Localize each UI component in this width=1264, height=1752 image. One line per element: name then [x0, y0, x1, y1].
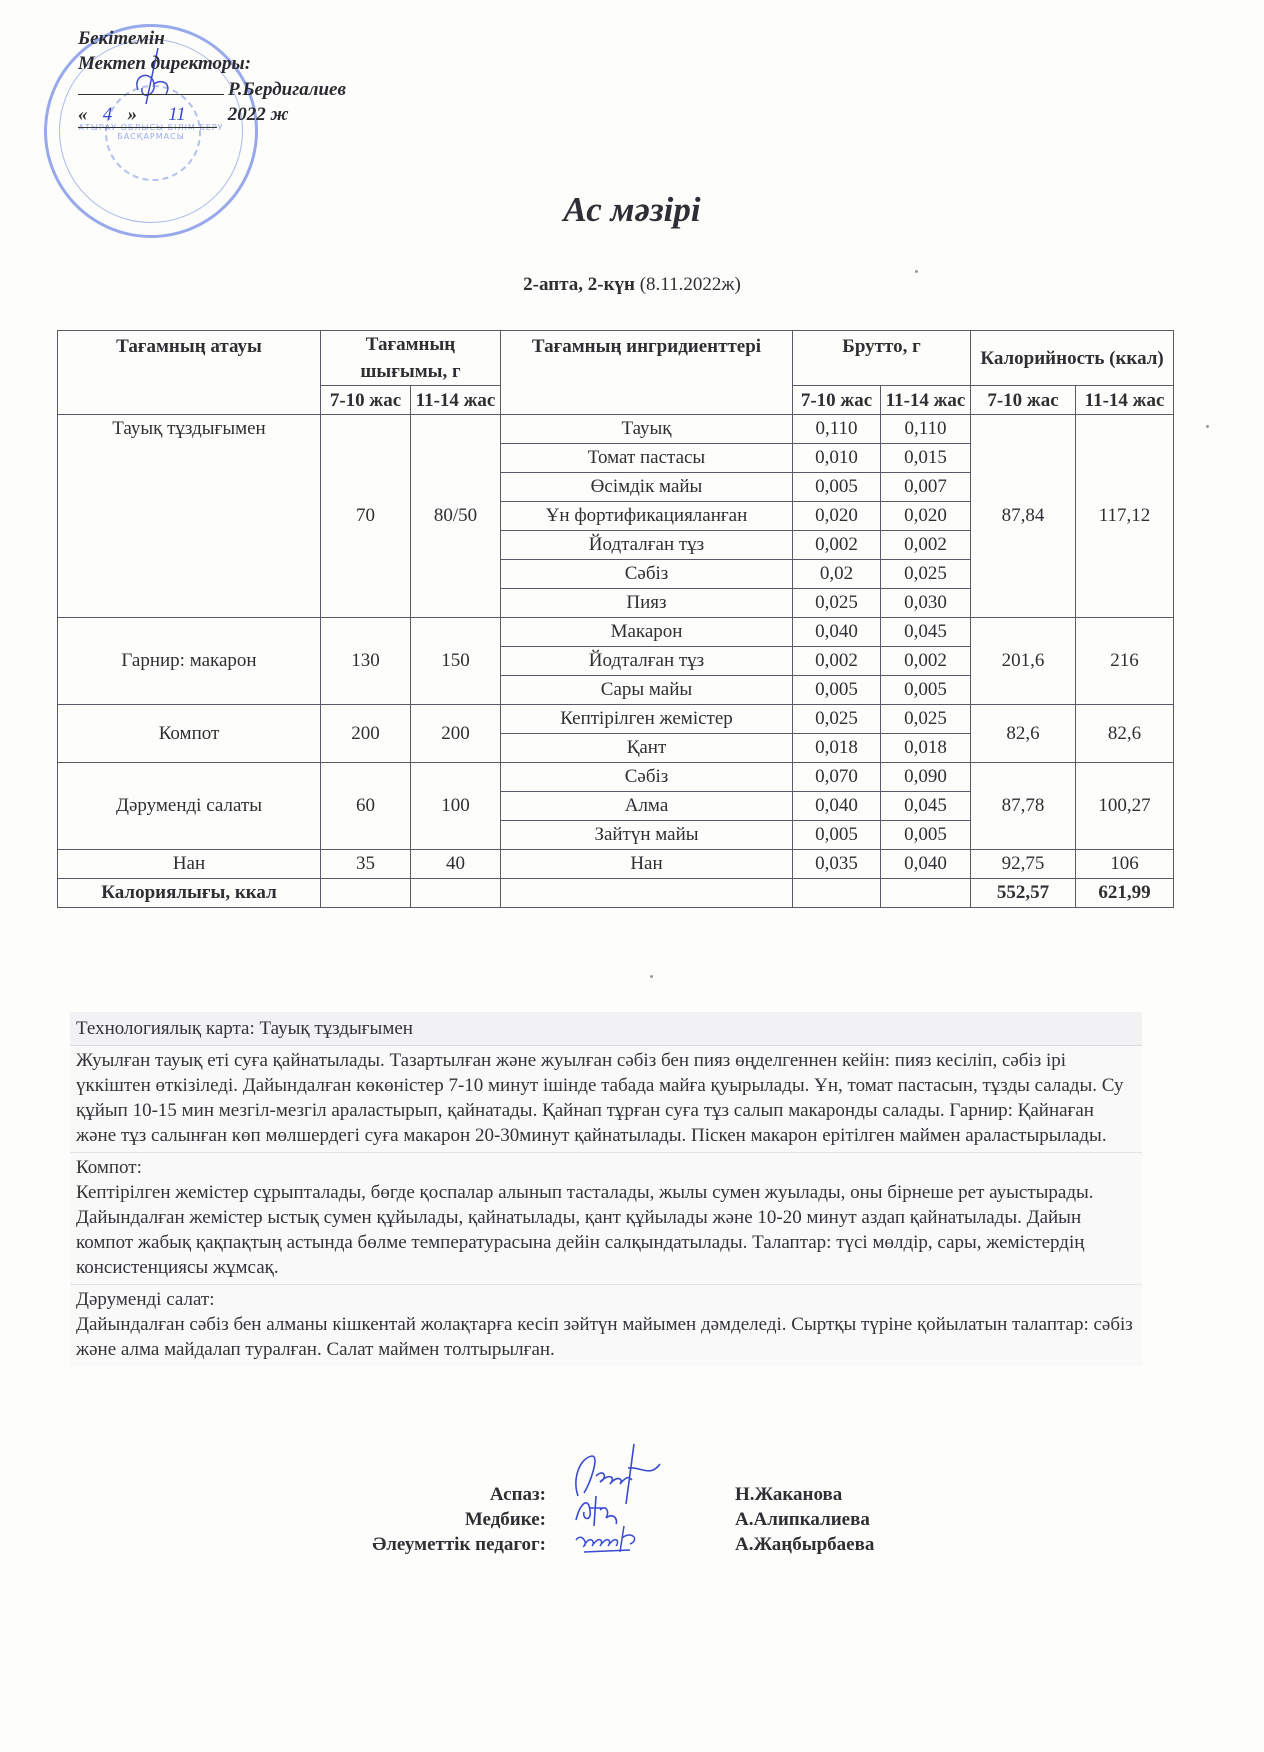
role-social-pedagogue: Әлеуметтік педагог: — [372, 1532, 546, 1557]
brutto-7-10: 0,070 — [793, 763, 881, 792]
brutto-7-10: 0,010 — [793, 444, 881, 473]
brutto-11-14: 0,025 — [881, 560, 971, 589]
total-cal-11-14: 621,99 — [1076, 879, 1174, 908]
ingredient-name: Зайтүн майы — [501, 821, 793, 850]
director-name: Р.Бердигалиев — [228, 79, 346, 100]
name-cook: Н.Жаканова — [735, 1482, 842, 1507]
header-yield-7-10: 7-10 жас — [321, 386, 411, 415]
page-subtitle: 2-апта, 2-күн (8.11.2022ж) — [0, 274, 1264, 296]
brutto-7-10: 0,02 — [793, 560, 881, 589]
header-yield: Тағамның шығымы, г — [321, 331, 501, 386]
header-ingredients: Тағамның ингридиенттері — [501, 331, 793, 415]
yield-7-10: 35 — [321, 850, 411, 879]
total-label: Калориялығы, ккал — [58, 879, 321, 908]
approval-heading: Бекітемін — [78, 26, 346, 51]
header-brutto-7-10: 7-10 жас — [793, 386, 881, 415]
brutto-11-14: 0,110 — [881, 415, 971, 444]
brutto-11-14: 0,002 — [881, 531, 971, 560]
tech-card-main: Жуылған тауық еті суға қайнатылады. Таза… — [70, 1046, 1142, 1153]
brutto-7-10: 0,002 — [793, 647, 881, 676]
brutto-7-10: 0,040 — [793, 618, 881, 647]
role-cook: Аспаз: — [490, 1482, 546, 1507]
menu-table-body: Тауық тұздығымен7080/50Тауық0,1100,11087… — [58, 415, 1174, 879]
brutto-11-14: 0,045 — [881, 618, 971, 647]
brutto-7-10: 0,020 — [793, 502, 881, 531]
brutto-11-14: 0,025 — [881, 705, 971, 734]
ingredient-name: Сары майы — [501, 676, 793, 705]
date-blank: «4»11 — [78, 102, 217, 128]
yield-11-14: 200 — [411, 705, 501, 763]
calories-7-10: 92,75 — [971, 850, 1076, 879]
date-year: 2022 ж — [228, 104, 289, 125]
yield-7-10: 130 — [321, 618, 411, 705]
header-brutto: Брутто, г — [793, 331, 971, 386]
calories-11-14: 216 — [1076, 618, 1174, 705]
yield-11-14: 100 — [411, 763, 501, 850]
brutto-7-10: 0,040 — [793, 792, 881, 821]
open-quote: « — [78, 104, 88, 125]
calories-7-10: 87,78 — [971, 763, 1076, 850]
dish-name: Тауық тұздығымен — [58, 415, 321, 618]
name-social-pedagogue: А.Жаңбырбаева — [735, 1532, 874, 1557]
header-calories: Калорийность (ккал) — [971, 331, 1174, 386]
brutto-7-10: 0,005 — [793, 676, 881, 705]
signature-blank — [78, 76, 224, 95]
calories-7-10: 87,84 — [971, 415, 1076, 618]
empty-cell — [321, 879, 411, 908]
brutto-11-14: 0,020 — [881, 502, 971, 531]
brutto-11-14: 0,005 — [881, 821, 971, 850]
brutto-11-14: 0,090 — [881, 763, 971, 792]
ingredient-name: Йодталған тұз — [501, 531, 793, 560]
total-cal-7-10: 552,57 — [971, 879, 1076, 908]
brutto-7-10: 0,005 — [793, 473, 881, 502]
role-nurse: Медбике: — [465, 1507, 546, 1532]
calories-11-14: 82,6 — [1076, 705, 1174, 763]
header-yield-11-14: 11-14 жас — [411, 386, 501, 415]
dish-name: Дәруменді салаты — [58, 763, 321, 850]
calories-11-14: 100,27 — [1076, 763, 1174, 850]
brutto-7-10: 0,025 — [793, 589, 881, 618]
tech-card-kompot: Компот: Кептірілген жемістер сұрыпталады… — [70, 1153, 1142, 1285]
yield-11-14: 40 — [411, 850, 501, 879]
table-row: Тауық тұздығымен7080/50Тауық0,1100,11087… — [58, 415, 1174, 444]
brutto-11-14: 0,045 — [881, 792, 971, 821]
empty-cell — [501, 879, 793, 908]
salad-text: Дайындалған сәбіз бен алманы кішкентай ж… — [76, 1314, 1133, 1360]
table-row: Дәруменді салаты60100Сәбіз0,0700,09087,7… — [58, 763, 1174, 792]
yield-11-14: 80/50 — [411, 415, 501, 618]
calories-11-14: 106 — [1076, 850, 1174, 879]
ingredient-name: Макарон — [501, 618, 793, 647]
date-day: 4 — [88, 102, 128, 127]
brutto-11-14: 0,005 — [881, 676, 971, 705]
scan-speck — [915, 270, 918, 273]
header-dish-name: Тағамның атауы — [58, 331, 321, 415]
approval-date: «4»11 2022 ж — [78, 102, 346, 128]
ingredient-name: Кептірілген жемістер — [501, 705, 793, 734]
brutto-7-10: 0,110 — [793, 415, 881, 444]
ingredient-name: Йодталған тұз — [501, 647, 793, 676]
kompot-label: Компот: — [76, 1155, 1136, 1180]
total-row: Калориялығы, ккал 552,57 621,99 — [58, 879, 1174, 908]
approval-block: Бекітемін Мектеп директоры: Р.Бердигалие… — [78, 26, 346, 128]
tech-card-header: Технологиялық карта: Тауық тұздығымен — [70, 1012, 1142, 1046]
brutto-11-14: 0,018 — [881, 734, 971, 763]
dish-name: Компот — [58, 705, 321, 763]
header-brutto-11-14: 11-14 жас — [881, 386, 971, 415]
dish-name: Гарнир: макарон — [58, 618, 321, 705]
brutto-11-14: 0,015 — [881, 444, 971, 473]
brutto-11-14: 0,002 — [881, 647, 971, 676]
brutto-7-10: 0,005 — [793, 821, 881, 850]
ingredient-name: Қант — [501, 734, 793, 763]
director-signature-line: Р.Бердигалиев — [78, 76, 346, 102]
header-cal-7-10: 7-10 жас — [971, 386, 1076, 415]
header-cal-11-14: 11-14 жас — [1076, 386, 1174, 415]
ingredient-name: Өсімдік майы — [501, 473, 793, 502]
tech-card-salad: Дәруменді салат: Дайындалған сәбіз бен а… — [70, 1285, 1142, 1366]
ingredient-name: Нан — [501, 850, 793, 879]
calories-11-14: 117,12 — [1076, 415, 1174, 618]
brutto-7-10: 0,002 — [793, 531, 881, 560]
brutto-11-14: 0,007 — [881, 473, 971, 502]
empty-cell — [793, 879, 881, 908]
ingredient-name: Пияз — [501, 589, 793, 618]
yield-7-10: 200 — [321, 705, 411, 763]
table-row: Гарнир: макарон130150Макарон0,0400,04520… — [58, 618, 1174, 647]
brutto-7-10: 0,035 — [793, 850, 881, 879]
close-quote: » — [128, 104, 138, 125]
calories-7-10: 201,6 — [971, 618, 1076, 705]
brutto-11-14: 0,040 — [881, 850, 971, 879]
brutto-7-10: 0,018 — [793, 734, 881, 763]
calories-7-10: 82,6 — [971, 705, 1076, 763]
ingredient-name: Алма — [501, 792, 793, 821]
approval-position: Мектеп директоры: — [78, 51, 346, 76]
pedagogue-signature-icon — [570, 1516, 680, 1561]
date-month: 11 — [137, 102, 217, 127]
ingredient-name: Сәбіз — [501, 763, 793, 792]
menu-table: Тағамның атауы Тағамның шығымы, г Тағамн… — [57, 330, 1174, 908]
dish-name: Нан — [58, 850, 321, 879]
ingredient-name: Ұн фортификацияланған — [501, 502, 793, 531]
brutto-7-10: 0,025 — [793, 705, 881, 734]
ingredient-name: Томат пастасы — [501, 444, 793, 473]
menu-date: (8.11.2022ж) — [640, 274, 741, 295]
technology-card: Технологиялық карта: Тауық тұздығымен Жу… — [70, 1012, 1142, 1366]
name-nurse: А.Алипкалиева — [735, 1507, 870, 1532]
empty-cell — [411, 879, 501, 908]
table-row: Нан3540Нан0,0350,04092,75106 — [58, 850, 1174, 879]
scan-speck — [1206, 425, 1209, 428]
ingredient-name: Тауық — [501, 415, 793, 444]
yield-7-10: 60 — [321, 763, 411, 850]
brutto-11-14: 0,030 — [881, 589, 971, 618]
empty-cell — [881, 879, 971, 908]
salad-label: Дәруменді салат: — [76, 1287, 1136, 1312]
table-row: Компот200200Кептірілген жемістер0,0250,0… — [58, 705, 1174, 734]
week-day-label: 2-апта, 2-күн — [523, 274, 635, 295]
yield-7-10: 70 — [321, 415, 411, 618]
kompot-text: Кептірілген жемістер сұрыпталады, бөгде … — [76, 1182, 1094, 1278]
yield-11-14: 150 — [411, 618, 501, 705]
scan-speck — [650, 975, 653, 978]
ingredient-name: Сәбіз — [501, 560, 793, 589]
tech-card-main-text: Жуылған тауық еті суға қайнатылады. Таза… — [76, 1050, 1123, 1146]
